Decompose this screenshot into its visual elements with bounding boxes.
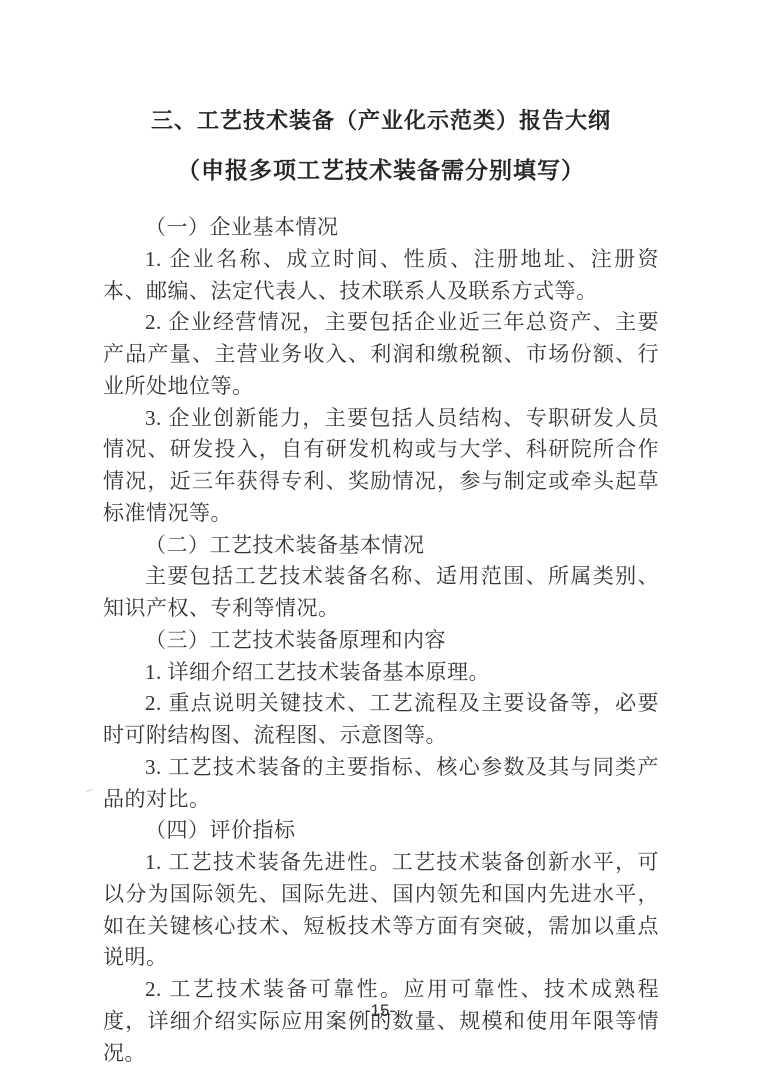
section-4-item-2: 2. 工艺技术装备可靠性。应用可靠性、技术成熟程度，详细介绍实际应用案例的数量、… (103, 974, 659, 1069)
document-content: 三、工艺技术装备（产业化示范类）报告大纲 （申报多项工艺技术装备需分别填写） （… (103, 105, 659, 1069)
scan-artifact (85, 789, 93, 796)
page-number: -15- (0, 1001, 760, 1021)
section-1-heading: （一）企业基本情况 (103, 212, 659, 244)
document-title: 三、工艺技术装备（产业化示范类）报告大纲 (103, 105, 659, 137)
section-3-item-2: 2. 重点说明关键技术、工艺流程及主要设备等，必要时可附结构图、流程图、示意图等… (103, 688, 659, 752)
document-body: （一）企业基本情况 1. 企业名称、成立时间、性质、注册地址、注册资本、邮编、法… (103, 212, 659, 1069)
section-3-heading: （三）工艺技术装备原理和内容 (103, 625, 659, 657)
section-3-item-3: 3. 工艺技术装备的主要指标、核心参数及其与同类产品的对比。 (103, 752, 659, 816)
document-page: 三、工艺技术装备（产业化示范类）报告大纲 （申报多项工艺技术装备需分别填写） （… (0, 0, 760, 1074)
section-2-heading: （二）工艺技术装备基本情况 (103, 530, 659, 562)
section-3-item-1: 1. 详细介绍工艺技术装备基本原理。 (103, 657, 659, 689)
section-1-item-1: 1. 企业名称、成立时间、性质、注册地址、注册资本、邮编、法定代表人、技术联系人… (103, 244, 659, 308)
section-1-item-3: 3. 企业创新能力，主要包括人员结构、专职研发人员情况、研发投入，自有研发机构或… (103, 403, 659, 530)
section-4-item-1: 1. 工艺技术装备先进性。工艺技术装备创新水平，可以分为国际领先、国际先进、国内… (103, 847, 659, 974)
section-1-item-2: 2. 企业经营情况，主要包括企业近三年总资产、主要产品产量、主营业务收入、利润和… (103, 307, 659, 402)
section-2-item-1: 主要包括工艺技术装备名称、适用范围、所属类别、知识产权、专利等情况。 (103, 561, 659, 625)
section-4-heading: （四）评价指标 (103, 815, 659, 847)
document-subtitle: （申报多项工艺技术装备需分别填写） (103, 153, 659, 187)
